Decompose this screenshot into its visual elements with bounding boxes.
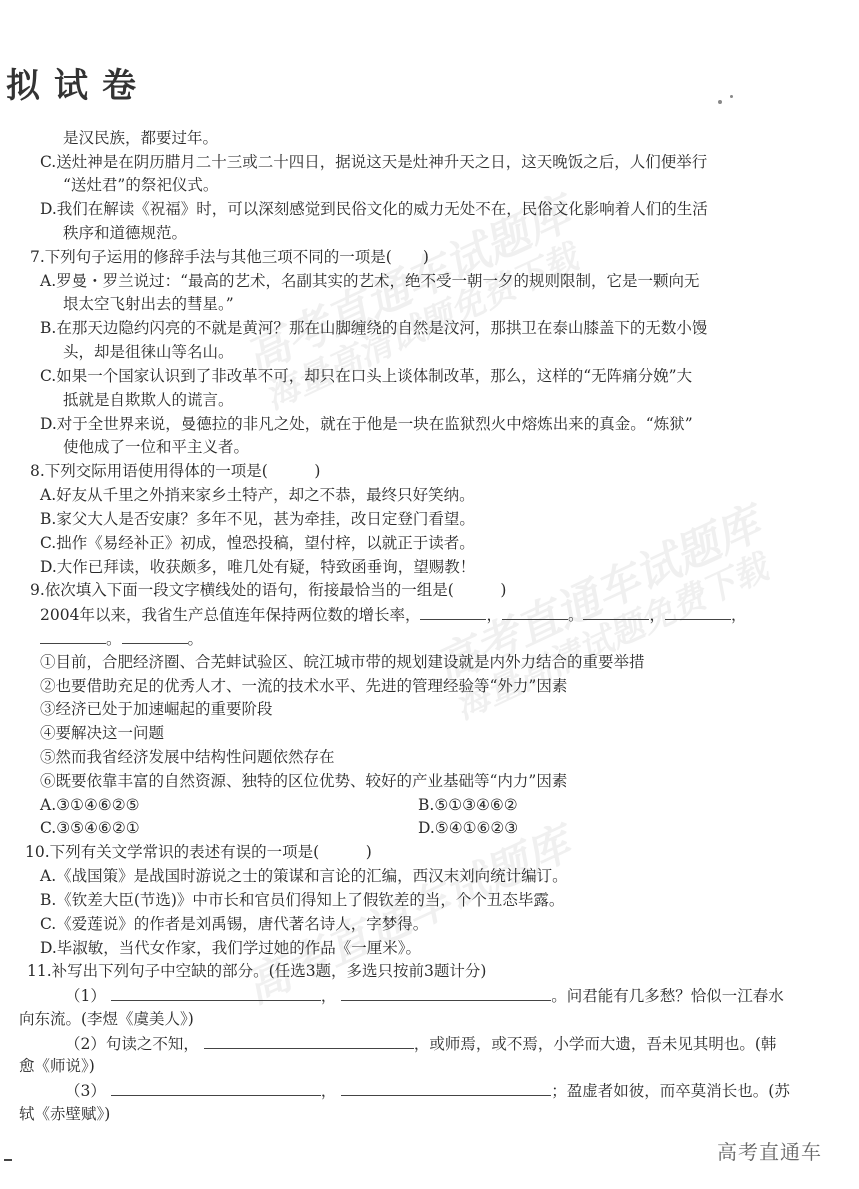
- answer-blank[interactable]: [583, 603, 649, 620]
- q9-option-d: D.⑤④①⑥②③: [418, 817, 518, 839]
- watermark: 海量高清试题免费下载: [446, 540, 775, 728]
- q7-option-d: D.对于全世界来说，曼德拉的非凡之处，就在于他是一块在监狱烈火中熔炼出来的真金。…: [40, 413, 693, 435]
- page-mark: [4, 1159, 12, 1161]
- q11-part-3-cont: 轼《赤壁赋》): [19, 1103, 110, 1125]
- q10-option-b: B.《钦差大臣(节选)》中市长和官员们得知上了假钦差的当，个个丑态毕露。: [40, 889, 564, 911]
- question-11-stem: 11.补写出下列句子中空缺的部分。(任选3题，多选只按前3题计分): [27, 960, 486, 982]
- text-line: 秩序和道德规范。: [63, 222, 187, 244]
- q11-part-3: （3） ， ；盈虚者如彼，而卒莫消长也。(苏: [65, 1079, 790, 1102]
- answer-blank[interactable]: [665, 603, 731, 620]
- q11-part-2-cont: 愈《师说》): [19, 1055, 95, 1077]
- q8-option-d: D.大作已拜读，收获颇多，唯几处有疑，特致函垂询，望赐教！: [40, 556, 475, 578]
- question-9-stem: 9.依次填入下面一段文字横线处的语句，衔接最恰当的一组是( ): [30, 579, 506, 601]
- answer-blank[interactable]: [40, 627, 106, 644]
- q9-item-5: ⑤然而我省经济发展中结构性问题依然存在: [40, 746, 335, 768]
- q7-option-b-cont: 头，却是徂徕山等名山。: [63, 341, 234, 363]
- question-7-stem: 7.下列句子运用的修辞手法与其他三项不同的一项是( ): [30, 246, 429, 268]
- q8-option-b: B.家父大人是否安康？多年不见，甚为牵挂，改日定登门看望。: [40, 508, 475, 530]
- answer-blank[interactable]: [420, 603, 486, 620]
- q10-option-a: A.《战国策》是战国时游说之士的策谋和言论的汇编，西汉末刘向统计编订。: [40, 865, 568, 887]
- answer-blank[interactable]: [111, 1079, 321, 1096]
- text-line: “送灶君”的祭祀仪式。: [63, 174, 218, 196]
- q7-option-b: B.在那天边隐约闪亮的不就是黄河？那在山脚缠绕的自然是汶河，那拱卫在泰山膝盖下的…: [40, 317, 707, 339]
- answer-blank[interactable]: [502, 603, 568, 620]
- q9-passage: 2004年以来，我省生产总值连年保持两位数的增长率，，。，，: [40, 603, 747, 626]
- answer-blank[interactable]: [111, 984, 321, 1001]
- q7-option-c: C.如果一个国家认识到了非改革不可，却只在口头上谈体制改革，那么，这样的“无阵痛…: [40, 365, 692, 387]
- q11-part-2: （2）句读之不知， ，或师焉，或不焉，小学而大遗，吾未见其明也。(韩: [65, 1032, 776, 1055]
- q7-option-c-cont: 抵就是自欺欺人的谎言。: [63, 389, 234, 411]
- q9-item-3: ③经济已处于加速崛起的重要阶段: [40, 698, 273, 720]
- q9-passage-text: 2004年以来，我省生产总值连年保持两位数的增长率，: [40, 606, 420, 624]
- q8-option-a: A.好友从千里之外捎来家乡土特产，却之不恭，最终只好笑纳。: [40, 484, 475, 506]
- q10-option-d: D.毕淑敏，当代女作家，我们学过她的作品《一厘米》。: [40, 937, 421, 959]
- scan-speck: [718, 100, 722, 104]
- answer-blank[interactable]: [341, 984, 551, 1001]
- page-title: 拟试卷: [6, 58, 150, 107]
- q9-item-2: ②也要借助充足的优秀人才、一流的技术水平、先进的管理经验等“外力”因素: [40, 675, 567, 697]
- scan-speck: [730, 95, 733, 98]
- answer-blank[interactable]: [204, 1032, 414, 1049]
- q9-option-b: B.⑤①③④⑥②: [418, 794, 518, 816]
- q9-option-c: C.③⑤④⑥②①: [40, 817, 140, 839]
- q7-option-d-cont: 使他成了一位和平主义者。: [63, 436, 249, 458]
- q7-option-a: A.罗曼・罗兰说过：“最高的艺术，名副其实的艺术，绝不受一朝一夕的规则限制，它是…: [40, 270, 700, 292]
- q10-option-c: C.《爱莲说》的作者是刘禹锡，唐代著名诗人，字梦得。: [40, 913, 428, 935]
- question-10-stem: 10.下列有关文学常识的表述有误的一项是( ): [25, 841, 372, 863]
- q11-part-1-cont: 向东流。(李煜《虞美人》): [19, 1008, 194, 1030]
- q9-item-4: ④要解决这一问题: [40, 722, 164, 744]
- option-c: C.送灶神是在阴历腊月二十三或二十四日，据说这天是灶神升天之日，这天晚饭之后，人…: [40, 151, 707, 173]
- answer-blank[interactable]: [122, 627, 188, 644]
- footer-brand: 高考直通车: [717, 1136, 822, 1165]
- q7-option-a-cont: 垠太空飞射出去的彗星。”: [63, 293, 234, 315]
- option-d: D.我们在解读《祝福》时，可以深刻感觉到民俗文化的威力无处不在，民俗文化影响着人…: [40, 198, 708, 220]
- text-line: 是汉民族，都要过年。: [63, 127, 218, 149]
- q9-option-a: A.③①④⑥②⑤: [40, 794, 140, 816]
- q9-item-1: ①目前，合肥经济圈、合芜蚌试验区、皖江城市带的规划建设就是内外力结合的重要举措: [40, 651, 645, 673]
- q11-part-1: （1） ， 。问君能有几多愁？恰似一江春水: [65, 984, 784, 1007]
- answer-blank[interactable]: [341, 1079, 551, 1096]
- question-8-stem: 8.下列交际用语使用得体的一项是( ): [30, 460, 320, 482]
- q9-item-6: ⑥既要依靠丰富的自然资源、独特的区位优势、较好的产业基础等“内力”因素: [40, 770, 567, 792]
- q9-passage-cont: 。。: [40, 627, 203, 650]
- q8-option-c: C.拙作《易经补正》初成，惶恐投稿，望付梓，以就正于读者。: [40, 532, 475, 554]
